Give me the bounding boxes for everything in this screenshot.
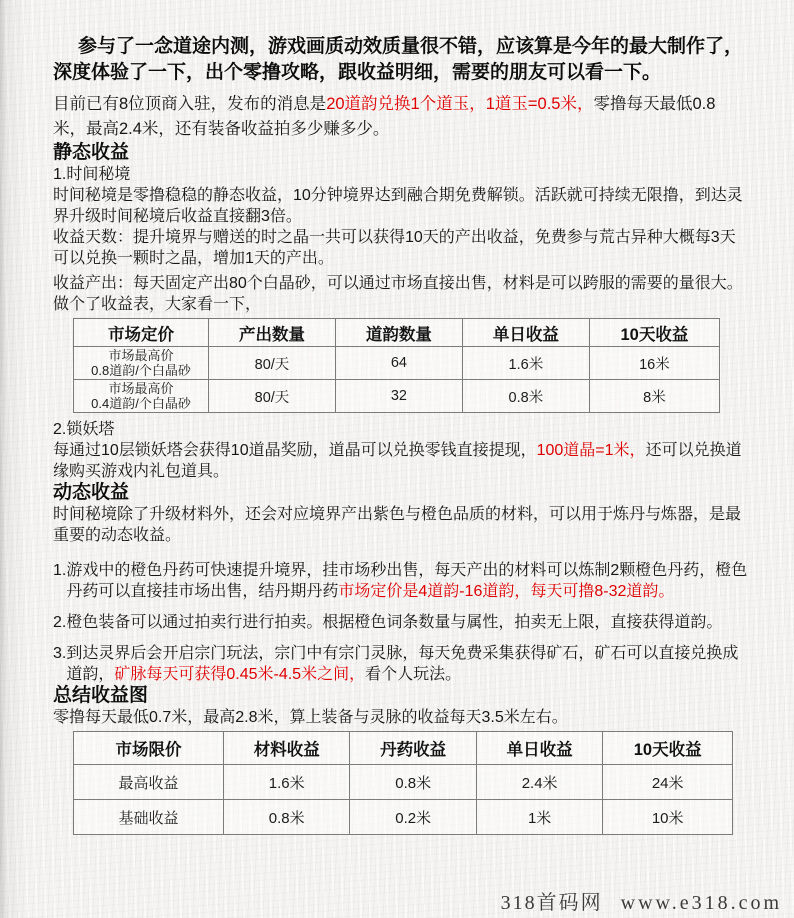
section-title-dynamic-income: 动态收益 [53,482,748,504]
intro-heading: 参与了一念道途内测，游戏画质动效质量很不错，应该算是今年的最大制作了，深度体验了… [53,34,748,86]
list-item-equipment-auction: 2. 橙色装备可以通过拍卖行进行拍卖。根据橙色词条数量与属性，拍卖无上限，直接获… [53,612,748,633]
text-segment: 看个人玩法。 [365,666,461,683]
table-header-cell: 单日收益 [462,319,589,347]
table-header-cell: 丹药收益 [350,732,476,765]
table-cell: 0.8米 [462,380,589,413]
table-cell: 0.8米 [350,765,476,800]
watermark: 318首码网www.e318.com [501,886,782,915]
table-cell: 10米 [603,800,733,835]
text-segment: 橙色装备可以通过拍卖行进行拍卖。根据橙色词条数量与属性，拍卖无上限，直接获得道韵… [66,614,722,631]
list-marker: 3. [53,643,66,685]
highlighted-red-text: 100道晶=1米， [537,442,646,459]
text-segment: 每通过10层锁妖塔会获得10道晶奖励，道晶可以兑换零钱直接提现， [53,442,537,459]
table-cell: 1.6米 [462,347,589,380]
highlighted-red-text: 20道韵兑换1个道玉，1道玉=0.5米， [326,95,593,113]
table-header-cell: 材料收益 [224,732,350,765]
table-row: 市场最高价0.4道韵/个白晶砂80/天320.8米8米 [74,380,720,413]
list-item-text: 橙色装备可以通过拍卖行进行拍卖。根据橙色词条数量与属性，拍卖无上限，直接获得道韵… [66,612,748,633]
table-row: 基础收益0.8米0.2米1米10米 [74,800,733,835]
highlighted-red-text: 矿脉每天可获得0.45米-4.5米之间， [114,666,365,683]
table-cell: 80/天 [209,347,336,380]
table-header-cell: 单日收益 [476,732,602,765]
table-cell: 64 [335,347,462,380]
table-header-cell: 产出数量 [209,319,336,347]
table-header-row: 市场定价产出数量道韵数量单日收益10天收益 [74,319,720,347]
highlighted-red-text: 市场定价是4道韵-16道韵，每天可撸8-32道韵。 [338,583,674,600]
table-cell: 2.4米 [476,765,602,800]
text-segment: 目前已有8位顶商入驻，发布的消息是 [53,95,326,113]
table-cell: 24米 [603,765,733,800]
table-cell: 市场最高价0.4道韵/个白晶砂 [74,380,209,413]
table-cell: 最高收益 [74,765,224,800]
subheading-lock-tower: 2.锁妖塔 [53,419,748,440]
table-header-cell: 10天收益 [589,319,719,347]
table-cell: 1米 [476,800,602,835]
paragraph-time-realm: 时间秘境是零撸稳稳的静态收益，10分钟境界达到融合期免费解锁。活跃就可持续无限撸… [53,185,748,227]
table-cell: 0.2米 [350,800,476,835]
table-cell: 8米 [589,380,719,413]
table-header-cell: 10天收益 [603,732,733,765]
list-marker: 2. [53,612,66,633]
table-cell: 市场最高价0.8道韵/个白晶砂 [74,347,209,380]
table-cell: 16米 [589,347,719,380]
paragraph-lock-tower: 每通过10层锁妖塔会获得10道晶奖励，道晶可以兑换零钱直接提现，100道晶=1米… [53,440,748,482]
list-item-sect-mine: 3. 到达灵界后会开启宗门玩法，宗门中有宗门灵脉，每天免费采集获得矿石，矿石可以… [53,643,748,685]
section-title-static-income: 静态收益 [53,142,748,164]
summary-income-table: 市场限价材料收益丹药收益单日收益10天收益最高收益1.6米0.8米2.4米24米… [73,731,733,835]
list-marker: 1. [53,560,66,602]
paragraph-income-days: 收益天数：提升境界与赠送的时之晶一共可以获得10天的产出收益，免费参与荒古异种大… [53,227,748,269]
table-row: 最高收益1.6米0.8米2.4米24米 [74,765,733,800]
paragraph-table-intro: 做个了收益表，大家看一下， [53,294,748,315]
paragraph-summary: 零撸每天最低0.7米，最高2.8米，算上装备与灵脉的收益每天3.5米左右。 [53,707,748,728]
table-header-row: 市场限价材料收益丹药收益单日收益10天收益 [74,732,733,765]
table-cell: 80/天 [209,380,336,413]
list-item-text: 到达灵界后会开启宗门玩法，宗门中有宗门灵脉，每天免费采集获得矿石，矿石可以直接兑… [66,643,748,685]
watermark-site-name: 318首码网 [501,892,603,914]
text-segment: 参与了一念道途内测，游戏画质动效质量很不错，应该算是今年的最大制作了，深度体验了… [53,36,743,83]
table-header-cell: 市场限价 [74,732,224,765]
table-row: 市场最高价0.8道韵/个白晶砂80/天641.6米16米 [74,347,720,380]
list-item-text: 游戏中的橙色丹药可快速提升境界，挂市场秒出售，每天产出的材料可以炼制2颗橙色丹药… [66,560,748,602]
paragraph-dynamic-intro: 时间秘境除了升级材料外，还会对应境界产出紫色与橙色品质的材料，可以用于炼丹与炼器… [53,504,748,546]
table-cell: 0.8米 [224,800,350,835]
top-paragraph: 目前已有8位顶商入驻，发布的消息是20道韵兑换1个道玉，1道玉=0.5米，零撸每… [53,92,748,142]
page: { "colors": { "red": "#e00000", "text": … [0,0,794,918]
static-income-table: 市场定价产出数量道韵数量单日收益10天收益市场最高价0.8道韵/个白晶砂80/天… [73,318,720,413]
table-header-cell: 市场定价 [74,319,209,347]
table-cell: 32 [335,380,462,413]
section-title-summary: 总结收益图 [53,685,748,707]
table-header-cell: 道韵数量 [335,319,462,347]
table-cell: 1.6米 [224,765,350,800]
watermark-url: www.e318.com [621,892,782,914]
list-item-pill-sale: 1. 游戏中的橙色丹药可快速提升境界，挂市场秒出售，每天产出的材料可以炼制2颗橙… [53,560,748,602]
paragraph-income-output: 收益产出：每天固定产出80个白晶砂，可以通过市场直接出售，材料是可以跨服的需要的… [53,273,748,294]
table-cell: 基础收益 [74,800,224,835]
subheading-time-realm: 1.时间秘境 [53,164,748,185]
article-content: 参与了一念道途内测，游戏画质动效质量很不错，应该算是今年的最大制作了，深度体验了… [0,0,794,835]
